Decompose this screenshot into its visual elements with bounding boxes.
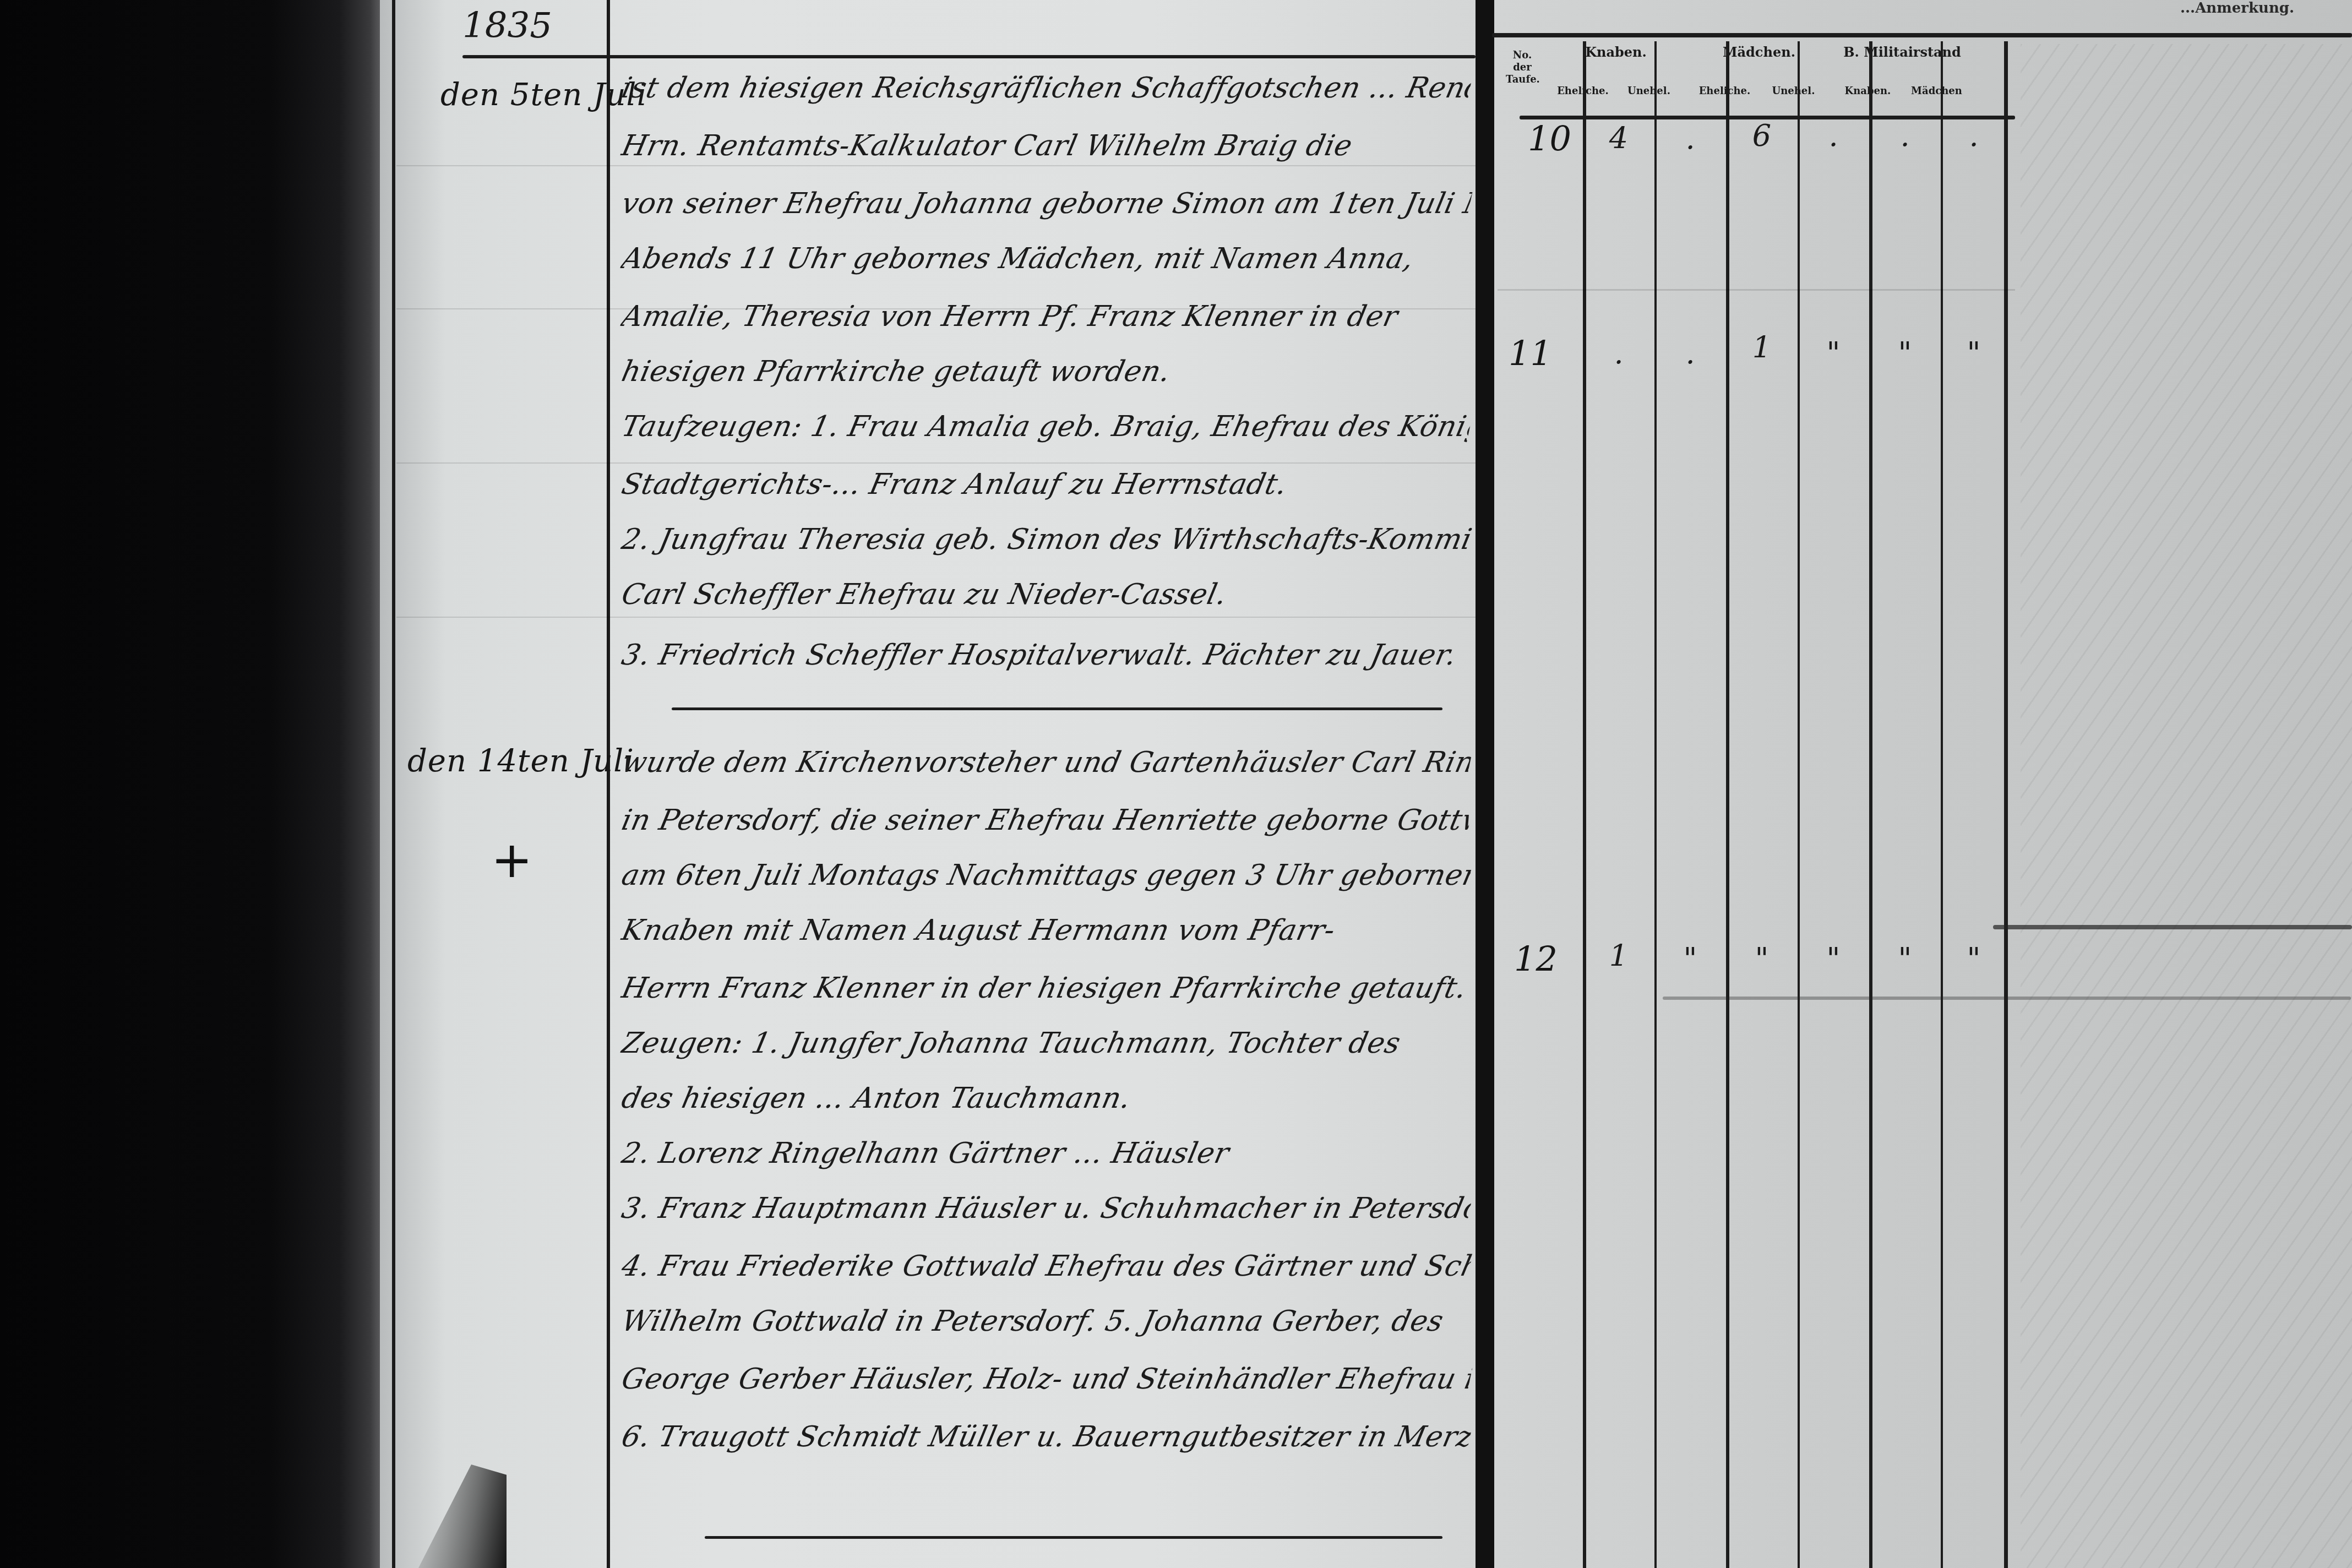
entry-1-line: 2. Jungfrau Theresia geb. Simon des Wirt… bbox=[619, 523, 1474, 556]
entry-2-line: des hiesigen ... Anton Tauchmann. bbox=[619, 1082, 1474, 1115]
entry-1-line: Carl Scheffler Ehefrau zu Nieder-Cassel. bbox=[619, 578, 1474, 611]
entry-2-line: Zeugen: 1. Jungfer Johanna Tauchmann, To… bbox=[619, 1027, 1474, 1060]
cell: 1 bbox=[1745, 330, 1778, 365]
cell: " bbox=[1957, 941, 1990, 976]
death-cross-icon: + bbox=[491, 831, 532, 889]
film-dark-edge bbox=[0, 0, 385, 1568]
entry-1-line: Abends 11 Uhr gebornes Mädchen, mit Name… bbox=[619, 242, 1474, 275]
entry-2-line: Herrn Franz Klenner in der hiesigen Pfar… bbox=[619, 972, 1474, 1005]
entry-2-line: 3. Franz Hauptmann Häusler u. Schuhmache… bbox=[619, 1192, 1474, 1225]
table-header: No. der Taufe. Knaben. Eheliche. Unehel.… bbox=[1506, 39, 2015, 116]
cell: . bbox=[1674, 336, 1707, 371]
cell: " bbox=[1817, 336, 1850, 371]
subcol-militair-knaben: Knaben. bbox=[1833, 85, 1902, 97]
cell: " bbox=[1745, 941, 1778, 976]
cell: " bbox=[1957, 336, 1990, 371]
table-col-rule bbox=[1726, 41, 1729, 1568]
entry-2-line: 4. Frau Friederike Gottwald Ehefrau des … bbox=[619, 1250, 1474, 1283]
entry-end-rule bbox=[705, 1536, 1442, 1539]
group-maedchen: Mädchen. bbox=[1690, 44, 1828, 60]
cell: 1 bbox=[1602, 939, 1635, 973]
entry-1-line: Amalie, Theresia von Herrn Pf. Franz Kle… bbox=[619, 300, 1474, 333]
entry-1-line: Taufzeugen: 1. Frau Amalia geb. Braig, E… bbox=[619, 410, 1474, 443]
cell: " bbox=[1888, 336, 1921, 371]
row-number: 12 bbox=[1514, 939, 1558, 979]
row-number: 10 bbox=[1528, 118, 1571, 159]
entry-1-line: von seiner Ehefrau Johanna geborne Simon… bbox=[619, 187, 1474, 220]
entry-2-line: George Gerber Häusler, Holz- und Steinhä… bbox=[619, 1363, 1474, 1396]
col-no-header: No. der Taufe. bbox=[1506, 50, 1539, 86]
table-col-rule bbox=[1869, 41, 1872, 1568]
cell: . bbox=[1817, 118, 1850, 153]
left-margin-rule bbox=[392, 0, 395, 1568]
entry-date-1: den 5ten Juli bbox=[440, 77, 647, 113]
ruled-line bbox=[396, 617, 1476, 618]
subcol-knaben-unehel: Unehel. bbox=[1616, 85, 1682, 97]
ink-smear bbox=[1663, 997, 2351, 1000]
ink-smear bbox=[1993, 925, 2352, 929]
date-column-rule bbox=[607, 0, 610, 1568]
entry-1-line: 3. Friedrich Scheffler Hospitalverwalt. … bbox=[619, 639, 1474, 672]
remarks-header-cut: ...Anmerkung. bbox=[2180, 0, 2294, 17]
entry-date-2: den 14ten Juli bbox=[407, 743, 634, 779]
table-top-rule bbox=[1492, 33, 2352, 37]
table-col-rule bbox=[1798, 41, 1800, 1568]
table-col-rule bbox=[2004, 41, 2008, 1568]
row-number: 11 bbox=[1509, 333, 1552, 373]
subcol-maedchen-unehel: Unehel. bbox=[1759, 85, 1828, 97]
entry-2-line: Knaben mit Namen August Hermann vom Pfar… bbox=[619, 914, 1474, 947]
cell: " bbox=[1817, 941, 1850, 976]
subcol-maedchen-ehelich: Eheliche. bbox=[1690, 85, 1759, 97]
col-no-header-line: No. bbox=[1506, 50, 1539, 62]
ruled-line bbox=[396, 165, 1476, 166]
remarks-column-texture bbox=[2021, 44, 2352, 1568]
table-col-rule bbox=[1654, 41, 1657, 1568]
col-no-header-line: der bbox=[1506, 62, 1539, 74]
row-separator bbox=[1498, 289, 2015, 291]
entry-2-line: am 6ten Juli Montags Nachmittags gegen 3… bbox=[619, 859, 1474, 892]
year-underline-rule bbox=[462, 55, 1476, 58]
register-year: 1835 bbox=[462, 6, 552, 46]
entry-1-line: Hrn. Rentamts-Kalkulator Carl Wilhelm Br… bbox=[619, 129, 1474, 162]
entry-1-line: hiesigen Pfarrkirche getauft worden. bbox=[619, 355, 1474, 388]
table-col-rule bbox=[1941, 41, 1943, 1568]
cell: . bbox=[1674, 121, 1707, 156]
cell: . bbox=[1602, 336, 1635, 371]
entry-2-line: 2. Lorenz Ringelhann Gärtner ... Häusler bbox=[619, 1137, 1474, 1170]
cell: . bbox=[1957, 118, 1990, 153]
entry-1-line: ist dem hiesigen Reichsgräflichen Schaff… bbox=[619, 72, 1474, 105]
ruled-line bbox=[396, 462, 1476, 464]
cell: " bbox=[1888, 941, 1921, 976]
entry-2-line: wurde dem Kirchenvorsteher und Gartenhäu… bbox=[619, 746, 1474, 779]
cell: . bbox=[1888, 118, 1921, 153]
entry-1-line: Stadtgerichts-... Franz Anlauf zu Herrns… bbox=[619, 468, 1474, 501]
col-no-header-line: Taufe. bbox=[1506, 74, 1539, 86]
cell: " bbox=[1674, 941, 1707, 976]
entry-2-line: in Petersdorf, die seiner Ehefrau Henrie… bbox=[619, 804, 1474, 837]
cell: 4 bbox=[1602, 121, 1635, 156]
entry-2-line: Wilhelm Gottwald in Petersdorf. 5. Johan… bbox=[619, 1305, 1474, 1338]
group-knaben: Knaben. bbox=[1550, 44, 1682, 60]
cell: 6 bbox=[1745, 118, 1778, 153]
table-col-rule bbox=[1583, 41, 1586, 1568]
entry-separator-rule bbox=[672, 707, 1442, 710]
group-militairstand: B. Militairstand bbox=[1833, 44, 1971, 60]
entry-2-line: 6. Traugott Schmidt Müller u. Bauerngutb… bbox=[619, 1420, 1474, 1453]
subcol-militair-maedchen: Mädchen bbox=[1902, 85, 1971, 97]
page-gutter bbox=[1476, 0, 1494, 1568]
